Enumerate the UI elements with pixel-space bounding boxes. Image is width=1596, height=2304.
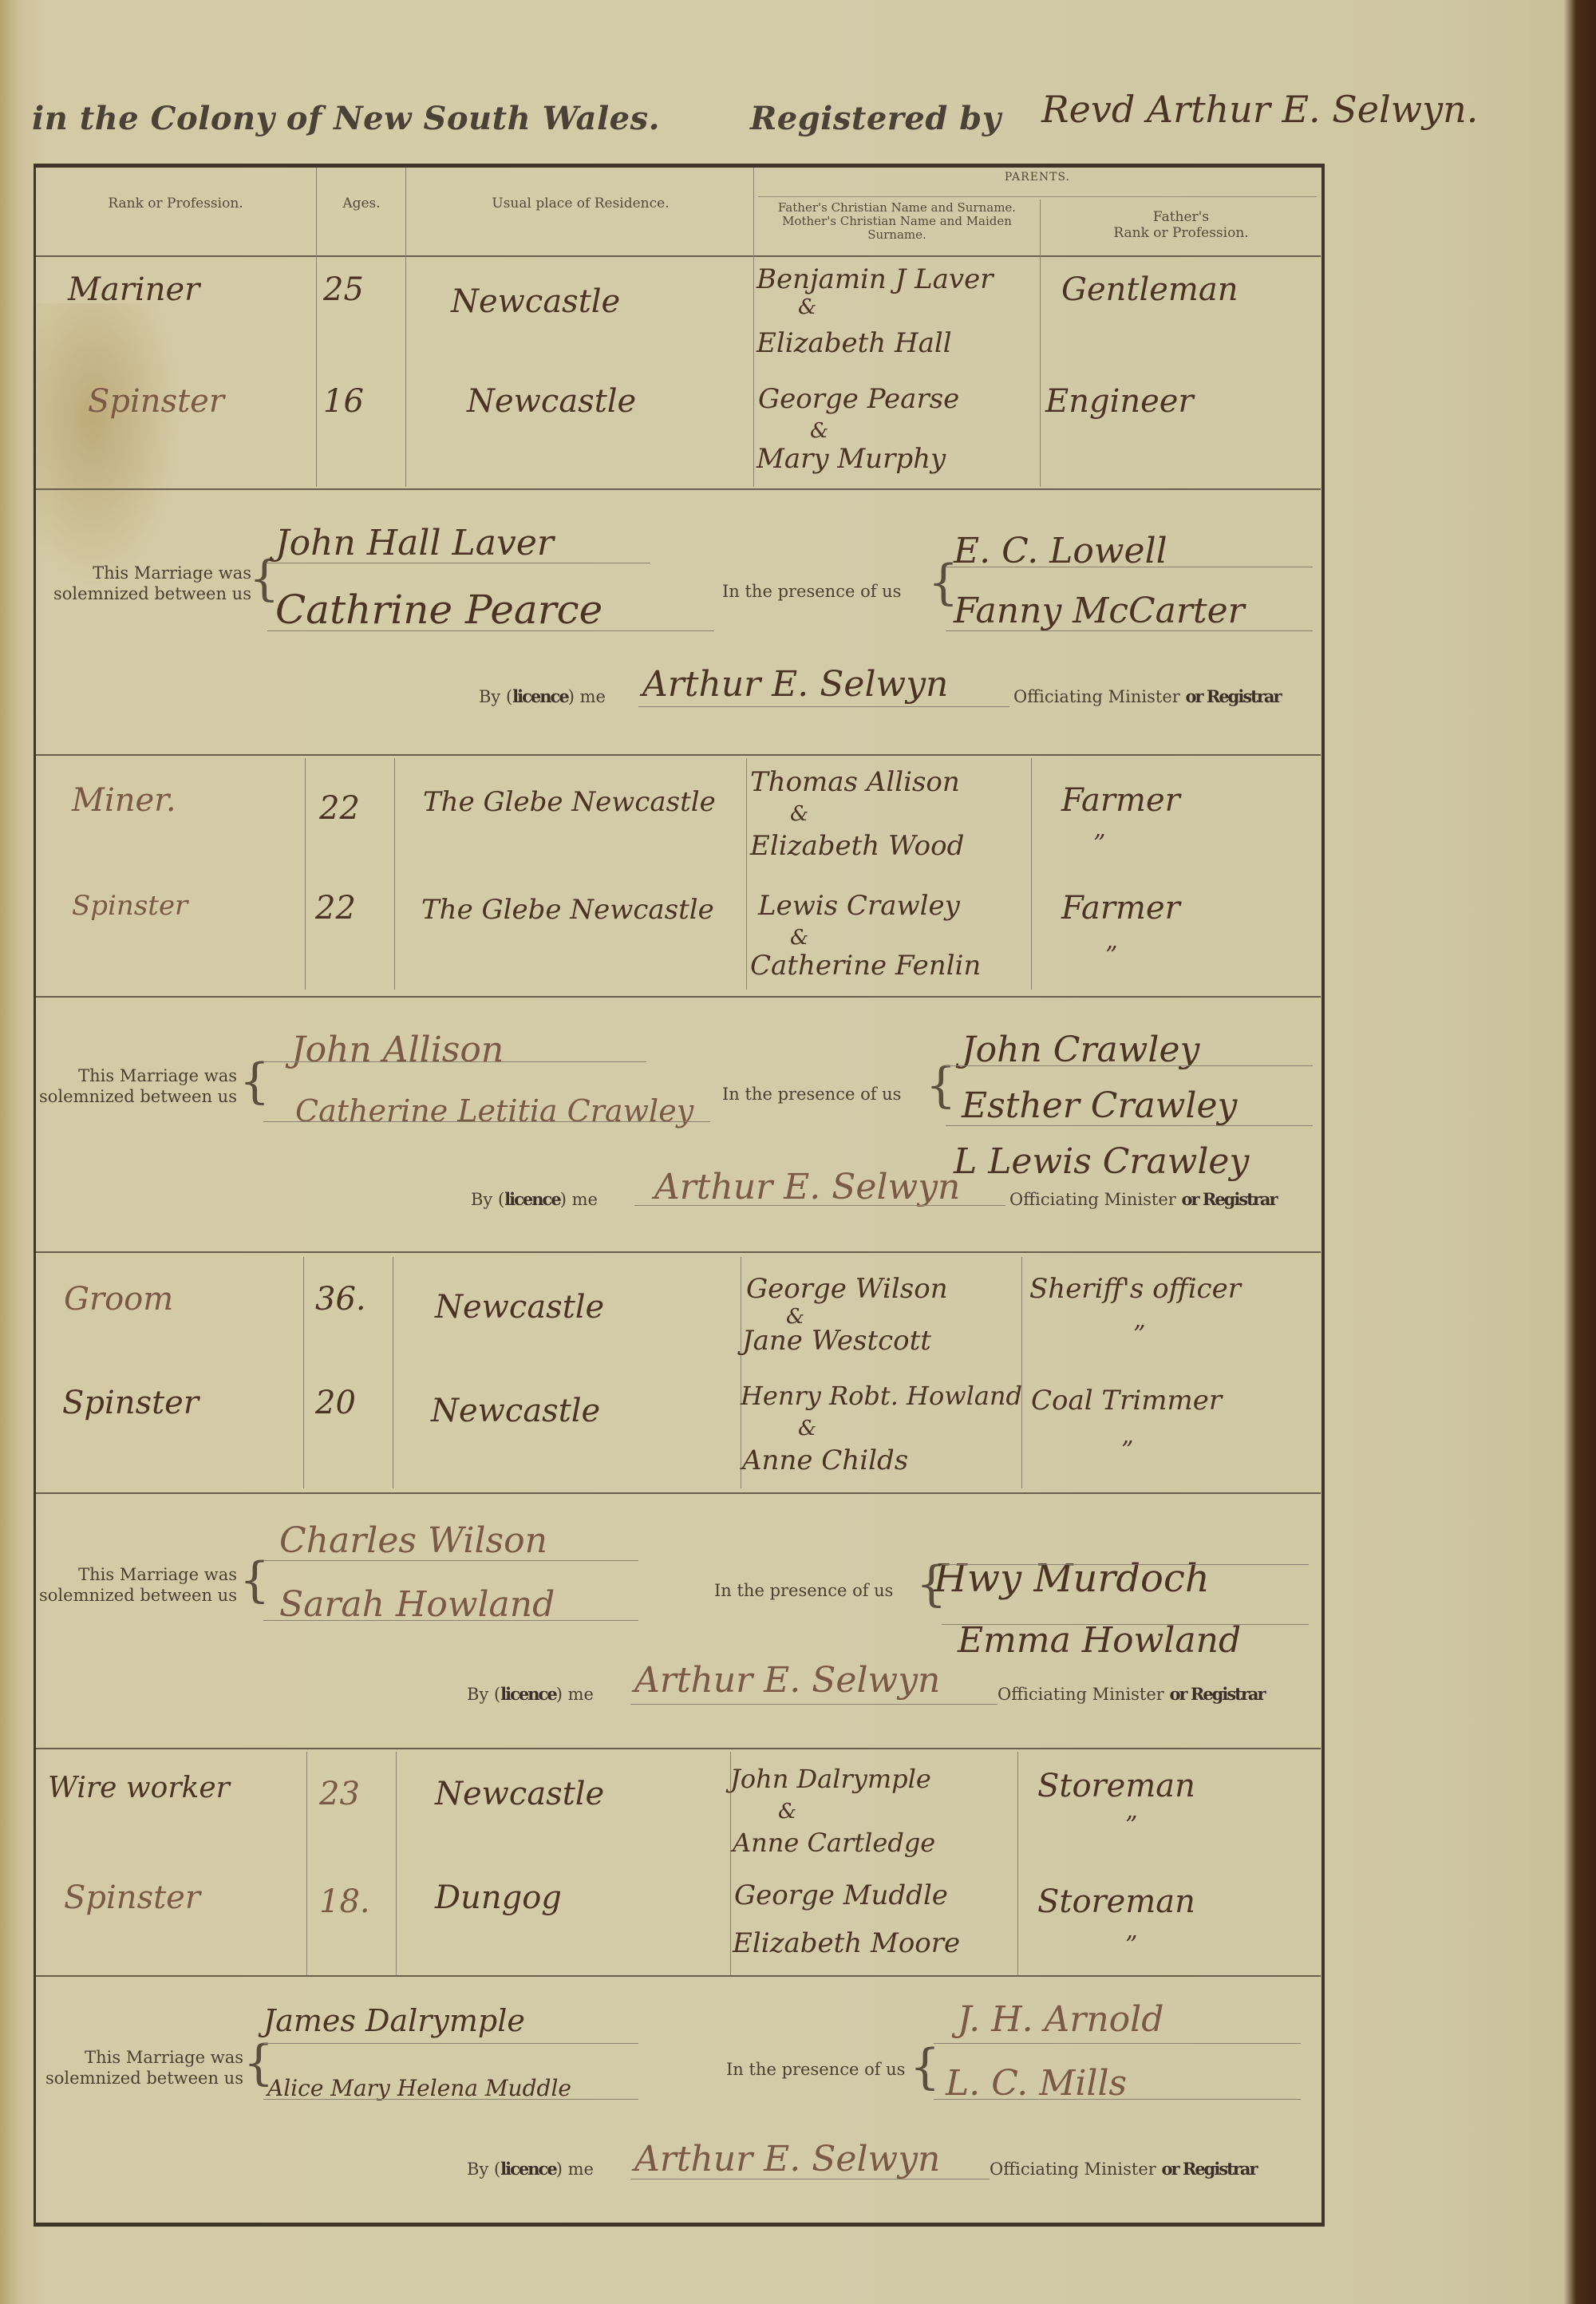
ditto-mark: ” bbox=[1105, 942, 1117, 970]
witness-2: Fanny McCarter bbox=[954, 591, 1245, 631]
groom-father: John Dalrymple bbox=[730, 1764, 931, 1794]
bride-mother: Catherine Fenlin bbox=[750, 950, 981, 982]
bride-father-rank: Engineer bbox=[1045, 383, 1194, 420]
witness-1: John Crawley bbox=[962, 1029, 1199, 1070]
groom-age: 23 bbox=[319, 1776, 360, 1812]
struck-licence: licence bbox=[512, 686, 568, 706]
bride-mother: Elizabeth Moore bbox=[733, 1927, 960, 1959]
groom-mother: Elizabeth Wood bbox=[750, 830, 964, 862]
groom-rank: Miner. bbox=[72, 782, 176, 819]
witness-1: J. H. Arnold bbox=[958, 1999, 1163, 2040]
bride-rank: Spinster bbox=[72, 890, 188, 922]
groom-signature: John Hall Laver bbox=[275, 523, 554, 563]
officiating-line: By (licence) me bbox=[471, 1189, 598, 1209]
bride-rank: Spinster bbox=[64, 1879, 200, 1916]
ditto-mark: ” bbox=[1133, 1321, 1145, 1349]
bride-mother: Mary Murphy bbox=[757, 443, 946, 475]
bride-father: George Muddle bbox=[734, 1879, 948, 1911]
minister-signature: Arthur E. Selwyn bbox=[642, 664, 948, 705]
bride-age: 16 bbox=[323, 383, 364, 420]
bride-signature: Alice Mary Helena Muddle bbox=[267, 2075, 571, 2101]
header-parents: PARENTS. bbox=[754, 169, 1321, 185]
bride-father-rank: Farmer bbox=[1061, 890, 1180, 927]
groom-residence: The Glebe Newcastle bbox=[423, 786, 716, 818]
groom-father-rank: Farmer bbox=[1061, 782, 1180, 819]
presence-label: In the presence of us bbox=[726, 2059, 918, 2080]
header-rank: Rank or Profession. bbox=[36, 196, 315, 211]
bride-residence: Newcastle bbox=[467, 383, 636, 420]
groom-rank: Mariner bbox=[68, 271, 199, 308]
groom-rank: Wire worker bbox=[48, 1772, 230, 1804]
bride-residence: The Glebe Newcastle bbox=[421, 894, 714, 926]
groom-father: Benjamin J Laver bbox=[757, 263, 994, 295]
header-father-rank-line1: Father's bbox=[1041, 209, 1321, 225]
bride-age: 20 bbox=[315, 1385, 356, 1421]
bride-rank: Spinster bbox=[88, 383, 224, 420]
groom-signature: John Allison bbox=[291, 1029, 504, 1070]
bride-rank: Spinster bbox=[62, 1385, 199, 1421]
bride-signature: Catherine Letitia Crawley bbox=[295, 1093, 693, 1128]
groom-mother: Elizabeth Hall bbox=[757, 327, 952, 359]
groom-father-rank: Storeman bbox=[1037, 1768, 1195, 1804]
presence-label: In the presence of us bbox=[722, 581, 930, 602]
struck-licence: licence bbox=[504, 1189, 560, 1209]
officiating-minister-label: Officiating Minister or Registrar bbox=[1013, 686, 1281, 706]
bride-father: Lewis Crawley bbox=[758, 890, 960, 922]
officiating-line: By (licence) me bbox=[467, 2159, 594, 2179]
ditto-mark: ” bbox=[1093, 830, 1105, 858]
minister-signature: Arthur E. Selwyn bbox=[634, 2139, 940, 2180]
officiating-minister-label: Officiating Minister or Registrar bbox=[997, 1684, 1265, 1704]
solemnized-label: This Marriage was solemnized between us bbox=[28, 1065, 237, 1107]
groom-father-rank: Gentleman bbox=[1061, 271, 1238, 308]
solemnized-label: This Marriage was solemnized between us bbox=[28, 2047, 243, 2089]
witness-2: Emma Howland bbox=[958, 1620, 1241, 1661]
witness-2: Esther Crawley bbox=[962, 1085, 1237, 1126]
bride-signature: Sarah Howland bbox=[279, 1584, 555, 1625]
ditto-mark: ” bbox=[1121, 1437, 1133, 1464]
officiating-minister-label: Officiating Minister or Registrar bbox=[1009, 1189, 1277, 1209]
witness-2: L. C. Mills bbox=[946, 2063, 1127, 2104]
officiating-minister-label: Officiating Minister or Registrar bbox=[990, 2159, 1257, 2179]
presence-label: In the presence of us bbox=[722, 1084, 930, 1105]
bride-mother: Anne Childs bbox=[742, 1444, 908, 1476]
presence-label: In the presence of us bbox=[714, 1580, 922, 1601]
officiating-line: By (licence) me bbox=[479, 686, 606, 706]
bride-father: George Pearse bbox=[758, 383, 959, 415]
register-title: in the Colony of New South Wales. Regist… bbox=[32, 92, 1548, 156]
groom-mother: Anne Cartledge bbox=[733, 1828, 935, 1858]
groom-rank: Groom bbox=[64, 1281, 173, 1318]
registrar-signature: Revd Arthur E. Selwyn. bbox=[1041, 88, 1478, 131]
groom-age: 22 bbox=[319, 790, 360, 827]
groom-age: 25 bbox=[323, 271, 364, 308]
bride-signature: Cathrine Pearce bbox=[275, 587, 602, 633]
groom-father: George Wilson bbox=[746, 1273, 948, 1305]
bride-father-rank: Storeman bbox=[1037, 1883, 1195, 1920]
witness-1: E. C. Lowell bbox=[954, 531, 1167, 571]
bride-age: 18. bbox=[319, 1883, 370, 1920]
bride-residence: Newcastle bbox=[431, 1393, 600, 1429]
witness-1: Hwy Murdoch bbox=[934, 1556, 1210, 1601]
groom-father: Thomas Allison bbox=[750, 766, 960, 798]
solemnized-label: This Marriage was solemnized between us bbox=[28, 1564, 237, 1606]
struck-licence: licence bbox=[500, 1684, 556, 1704]
bride-residence: Dungog bbox=[435, 1879, 562, 1916]
header-parents-names: Father's Christian Name and Surname. Mot… bbox=[755, 201, 1039, 242]
witness-3: L Lewis Crawley bbox=[954, 1141, 1249, 1182]
bride-father-rank: Coal Trimmer bbox=[1031, 1385, 1222, 1417]
groom-signature: Charles Wilson bbox=[279, 1520, 547, 1561]
colony-title: in the Colony of New South Wales. bbox=[32, 100, 660, 137]
brace-icon: { bbox=[910, 2039, 940, 2095]
groom-signature: James Dalrymple bbox=[263, 2003, 525, 2038]
struck-licence: licence bbox=[500, 2159, 556, 2179]
groom-age: 36. bbox=[315, 1281, 366, 1318]
ditto-mark: ” bbox=[1125, 1931, 1137, 1959]
header-residence: Usual place of Residence. bbox=[407, 196, 754, 211]
groom-mother: Jane Westcott bbox=[742, 1325, 931, 1357]
officiating-line: By (licence) me bbox=[467, 1684, 594, 1704]
groom-residence: Newcastle bbox=[451, 283, 620, 320]
ditto-mark: ” bbox=[1125, 1812, 1137, 1840]
minister-signature: Arthur E. Selwyn bbox=[634, 1660, 940, 1701]
header-father-rank: Father's Rank or Profession. bbox=[1041, 209, 1321, 241]
bride-age: 22 bbox=[315, 890, 356, 927]
groom-residence: Newcastle bbox=[435, 1776, 604, 1812]
registered-by-label: Registered by bbox=[750, 100, 1001, 137]
header-father-rank-line2: Rank or Profession. bbox=[1041, 225, 1321, 241]
bride-father: Henry Robt. Howland bbox=[741, 1381, 1022, 1411]
groom-residence: Newcastle bbox=[435, 1289, 604, 1326]
solemnized-label: This Marriage was solemnized between us bbox=[32, 563, 251, 604]
minister-signature: Arthur E. Selwyn bbox=[654, 1167, 960, 1207]
groom-father-rank: Sheriff's officer bbox=[1029, 1273, 1241, 1305]
header-ages: Ages. bbox=[318, 196, 405, 211]
